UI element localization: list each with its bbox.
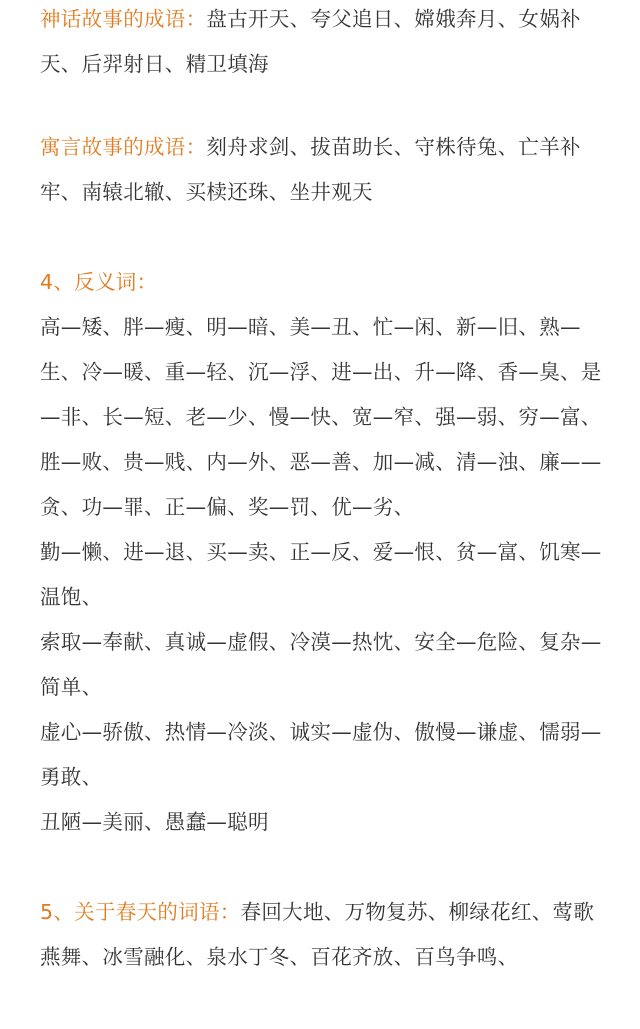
spacer: [40, 845, 602, 890]
spring-words-label: 5、关于春天的词语：: [40, 900, 241, 924]
antonyms-paragraph: 丑陋—美丽、愚蠢—聪明: [40, 800, 602, 845]
myth-idioms-label: 神话故事的成语：: [40, 7, 206, 31]
antonyms-paragraph: 勤—懒、进—退、买—卖、正—反、爱—恨、贫—富、饥寒—温饱、: [40, 530, 602, 620]
antonyms-paragraph: 索取—奉献、真诚—虚假、冷漠—热忱、安全—危险、复杂—简单、: [40, 620, 602, 710]
myth-idioms-paragraph: 神话故事的成语：盘古开天、夸父追日、嫦娥奔月、女娲补天、后羿射日、精卫填海: [40, 0, 602, 87]
antonyms-heading: 4、反义词：: [40, 260, 602, 305]
fable-idioms-label: 寓言故事的成语：: [40, 135, 206, 159]
article-body: 神话故事的成语：盘古开天、夸父追日、嫦娥奔月、女娲补天、后羿射日、精卫填海 寓言…: [0, 0, 640, 980]
antonyms-paragraph: 高—矮、胖—瘦、明—暗、美—丑、忙—闲、新—旧、熟—生、冷—暖、重—轻、沉—浮、…: [40, 305, 602, 530]
spacer: [40, 87, 602, 125]
fable-idioms-paragraph: 寓言故事的成语：刻舟求剑、拔苗助长、守株待兔、亡羊补牢、南辕北辙、买椟还珠、坐井…: [40, 125, 602, 215]
spring-words-paragraph: 5、关于春天的词语：春回大地、万物复苏、柳绿花红、莺歌燕舞、冰雪融化、泉水丁冬、…: [40, 890, 602, 980]
spacer: [40, 215, 602, 260]
antonyms-paragraph: 虚心—骄傲、热情—冷淡、诚实—虚伪、傲慢—谦虚、懦弱—勇敢、: [40, 710, 602, 800]
